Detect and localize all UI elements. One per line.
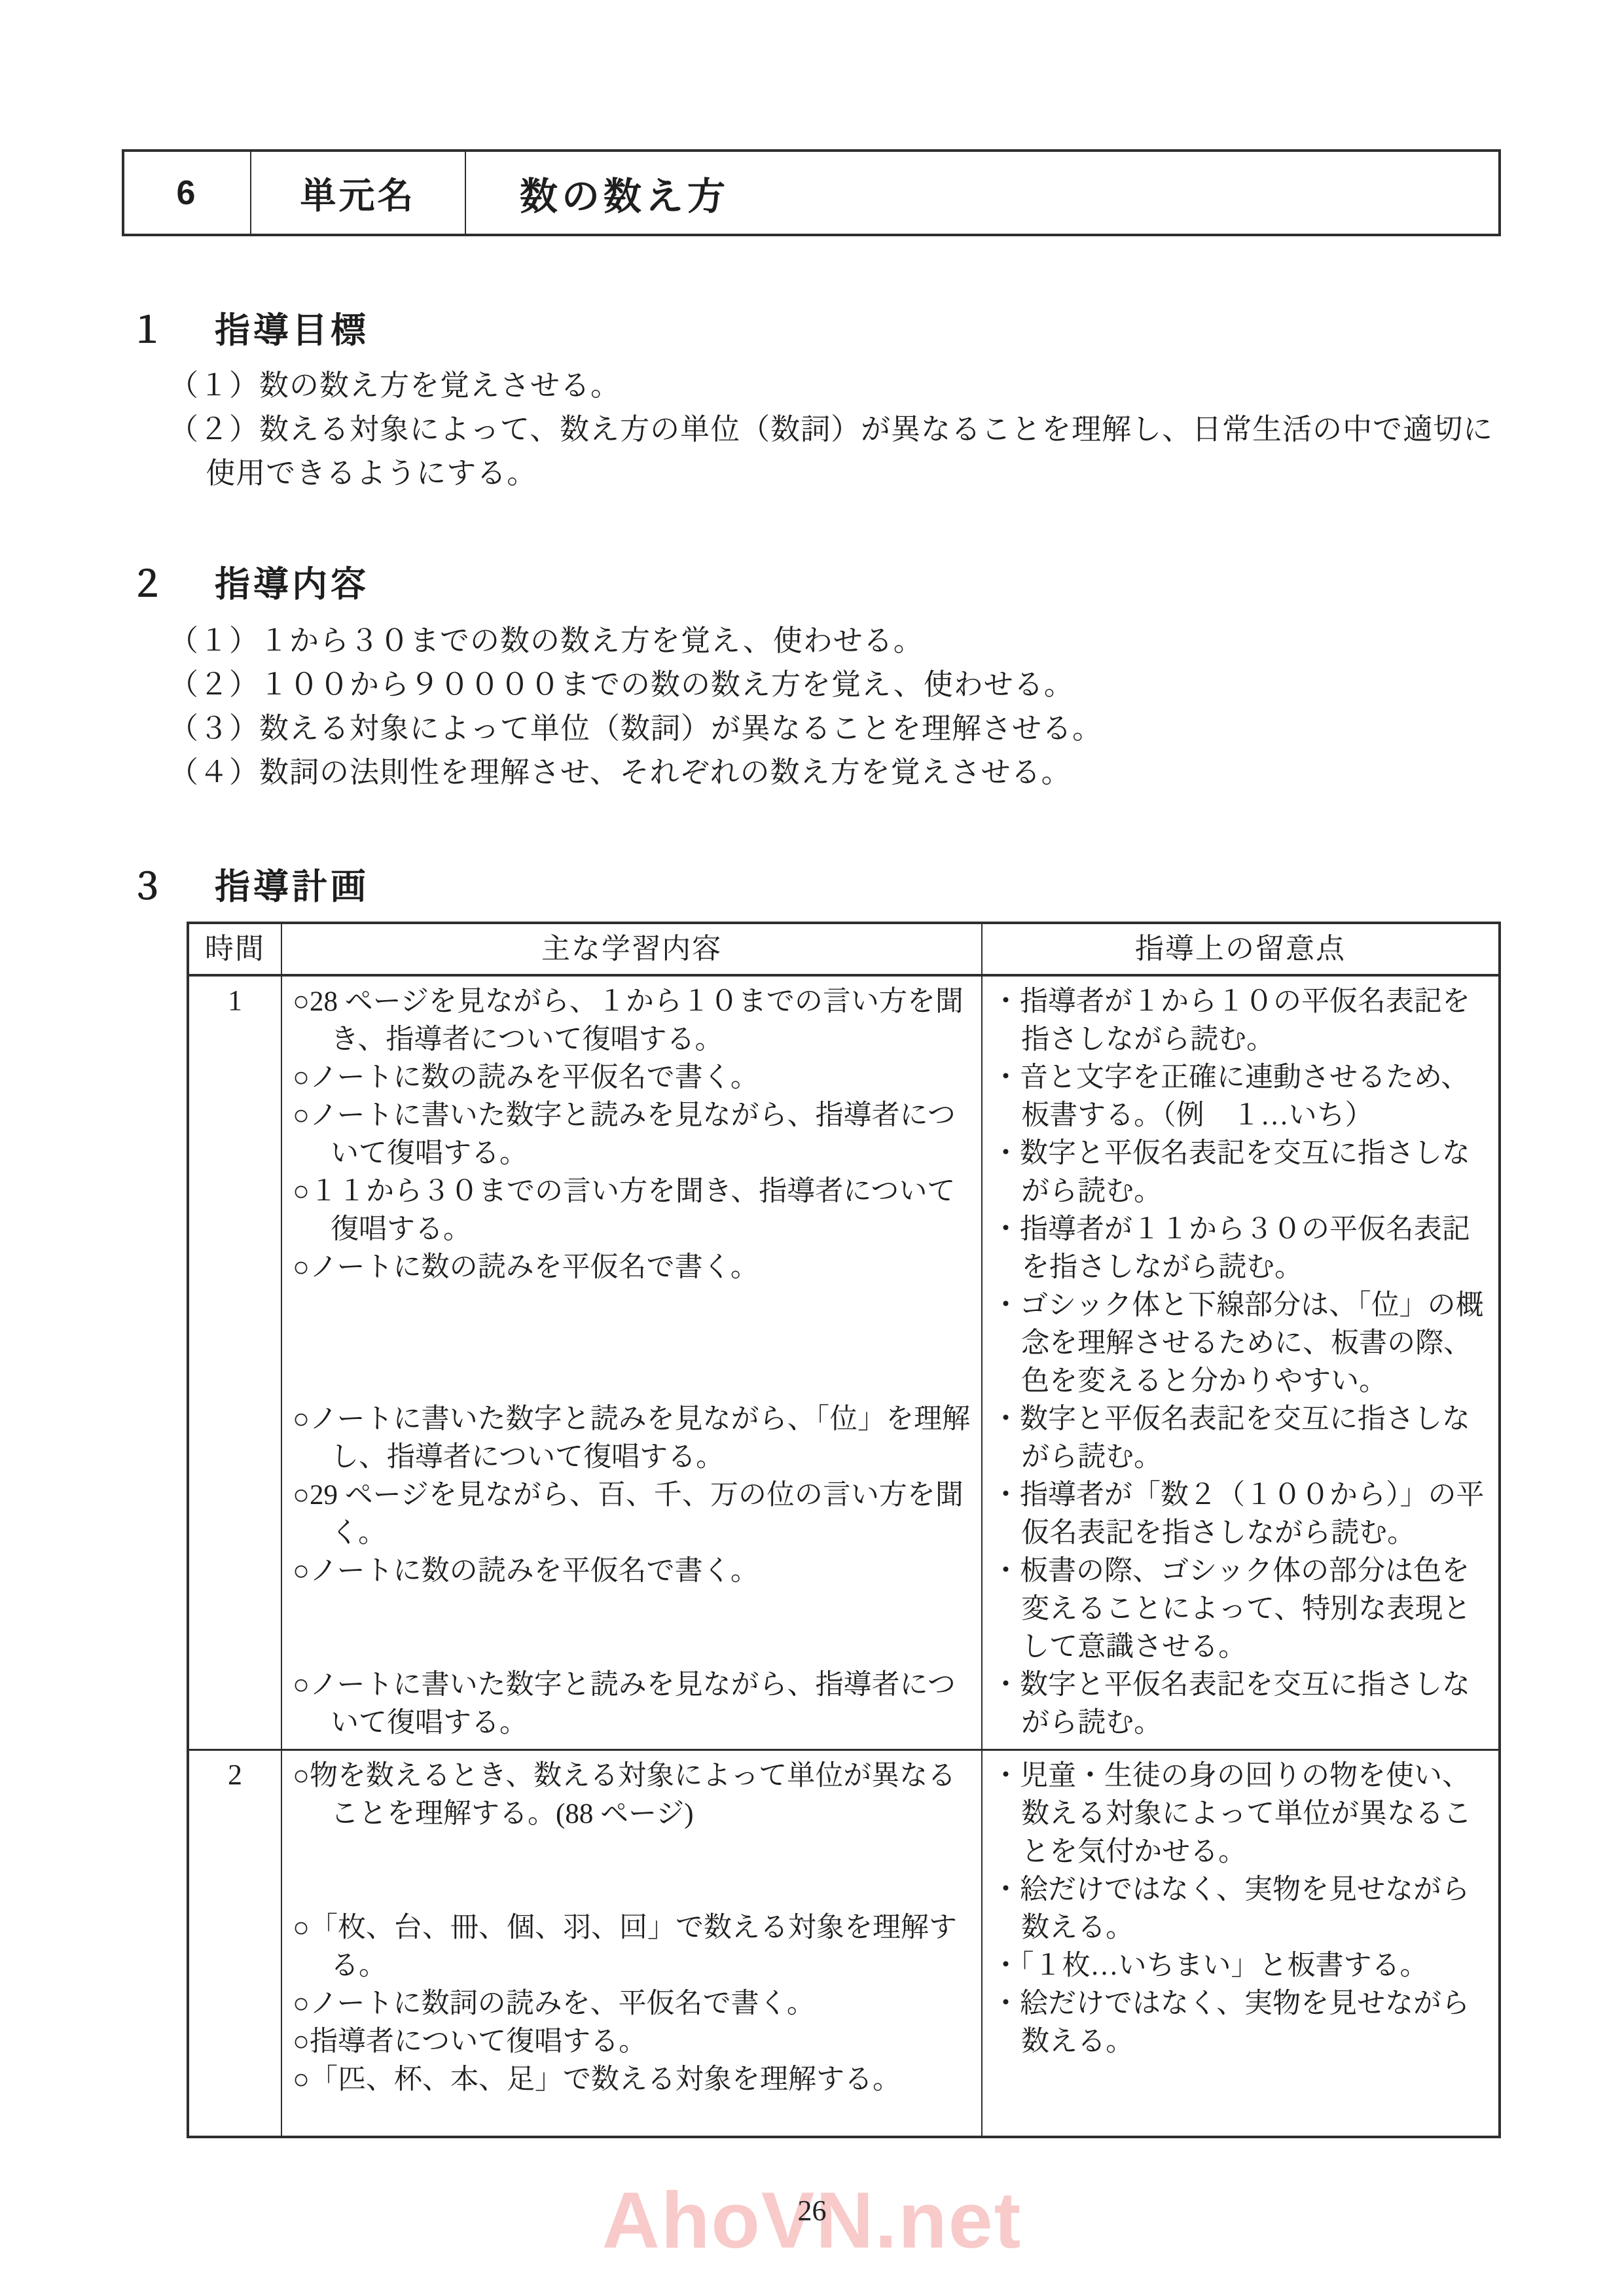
section-title: 指導目標 bbox=[215, 302, 369, 353]
learning-item: ○ノートに書いた数字と読みを見ながら、「位」を理解し、指導者について復唱する。 bbox=[293, 1401, 972, 1477]
learning-item: ○「匹、杯、本、足」で数える対象を理解する。 bbox=[293, 2061, 972, 2099]
goal-item: （１）数の数え方を覚えさせる。 bbox=[169, 364, 1500, 408]
note-item: ・絵だけではなく、実物を見せながら数える。 bbox=[992, 1871, 1492, 1947]
learning-item: ○ノートに数の読みを平仮名で書く。 bbox=[293, 1552, 972, 1590]
unit-label: 単元名 bbox=[251, 152, 466, 234]
note-item: ・数字と平仮名表記を交互に指さしながら読む。 bbox=[992, 1666, 1492, 1742]
note-item: ・音と文字を正確に連動させるため、板書する。（例 １…いち） bbox=[992, 1059, 1492, 1135]
content-item: （４）数詞の法則性を理解させ、それぞれの数え方を覚えさせる。 bbox=[169, 751, 1500, 795]
column-header-learning: 主な学習内容 bbox=[282, 924, 983, 974]
learning-content-cell: ○28 ページを見ながら、１から１０までの言い方を聞き、指導者について復唱する。… bbox=[282, 977, 983, 1749]
table-row: 1 ○28 ページを見ながら、１から１０までの言い方を聞き、指導者について復唱す… bbox=[189, 977, 1498, 1749]
time-cell: 1 bbox=[189, 977, 282, 1749]
unit-title: 数の数え方 bbox=[466, 152, 1498, 234]
section-title: 指導内容 bbox=[215, 556, 369, 607]
content-item: （３）数える対象によって単位（数詞）が異なることを理解させる。 bbox=[169, 707, 1500, 751]
guidance-notes-cell: ・児童・生徒の身の回りの物を使い、数える対象によって単位が異なることを気付かせる… bbox=[983, 1751, 1498, 2136]
section-goals-list: （１）数の数え方を覚えさせる。（２）数える対象によって、数え方の単位（数詞）が異… bbox=[169, 364, 1500, 495]
learning-item: ○物を数えるとき、数える対象によって単位が異なることを理解する。(88 ページ) bbox=[293, 1757, 972, 1833]
table-row: 2 ○物を数えるとき、数える対象によって単位が異なることを理解する。(88 ペー… bbox=[189, 1749, 1498, 2136]
learning-content-cell: ○物を数えるとき、数える対象によって単位が異なることを理解する。(88 ページ)… bbox=[282, 1751, 983, 2136]
note-item: ・指導者が１１から３０の平仮名表記を指さしながら読む。 bbox=[992, 1211, 1492, 1287]
learning-item: ○ノートに数の読みを平仮名で書く。 bbox=[293, 1249, 972, 1287]
note-item: ・指導者が１から１０の平仮名表記を指さしながら読む。 bbox=[992, 983, 1492, 1059]
section-heading-contents: ２ 指導内容 bbox=[130, 556, 369, 607]
page-number: 26 bbox=[0, 2194, 1624, 2227]
learning-item: ○ノートに数詞の読みを、平仮名で書く。 bbox=[293, 1985, 972, 2023]
section-contents-list: （１）１から３０までの数の数え方を覚え、使わせる。（２）１００から９００００まで… bbox=[169, 619, 1500, 795]
note-item: ・「１枚…いちまい」と板書する。 bbox=[992, 1947, 1492, 1985]
section-number: １ bbox=[130, 302, 215, 353]
section-title: 指導計画 bbox=[215, 859, 369, 909]
learning-item: ○ノートに数の読みを平仮名で書く。 bbox=[293, 1059, 972, 1097]
learning-item: ○28 ページを見ながら、１から１０までの言い方を聞き、指導者について復唱する。 bbox=[293, 983, 972, 1059]
section-heading-goals: １ 指導目標 bbox=[130, 302, 369, 353]
note-item: ・指導者が「数２（１００から）」の平仮名表記を指さしながら読む。 bbox=[992, 1477, 1492, 1552]
time-cell: 2 bbox=[189, 1751, 282, 2136]
note-item: ・児童・生徒の身の回りの物を使い、数える対象によって単位が異なることを気付かせる… bbox=[992, 1757, 1492, 1871]
note-item: ・数字と平仮名表記を交互に指さしながら読む。 bbox=[992, 1401, 1492, 1477]
section-number: ３ bbox=[130, 859, 215, 909]
section-heading-plan: ３ 指導計画 bbox=[130, 859, 369, 909]
column-header-notes: 指導上の留意点 bbox=[983, 924, 1498, 974]
learning-item: ○１１から３０までの言い方を聞き、指導者について復唱する。 bbox=[293, 1173, 972, 1249]
note-item: ・絵だけではなく、実物を見せながら数える。 bbox=[992, 1985, 1492, 2061]
unit-header-box: 6 単元名 数の数え方 bbox=[122, 149, 1501, 236]
section-number: ２ bbox=[130, 556, 215, 607]
content-item: （１）１から３０までの数の数え方を覚え、使わせる。 bbox=[169, 619, 1500, 663]
plan-table-header-row: 時間 主な学習内容 指導上の留意点 bbox=[189, 924, 1498, 977]
content-item: （２）１００から９００００までの数の数え方を覚え、使わせる。 bbox=[169, 663, 1500, 707]
learning-item: ○29 ページを見ながら、百、千、万の位の言い方を聞く。 bbox=[293, 1477, 972, 1552]
learning-item: ○ノートに書いた数字と読みを見ながら、指導者について復唱する。 bbox=[293, 1097, 972, 1173]
document-page: { "page": { "number": "26", "watermark":… bbox=[0, 0, 1624, 2296]
column-header-time: 時間 bbox=[189, 924, 282, 974]
learning-item: ○「枚、台、冊、個、羽、回」で数える対象を理解する。 bbox=[293, 1909, 972, 1985]
unit-number: 6 bbox=[124, 152, 251, 234]
note-item: ・ゴシック体と下線部分は、「位」の概念を理解させるために、板書の際、色を変えると… bbox=[992, 1287, 1492, 1401]
goal-item: （２）数える対象によって、数え方の単位（数詞）が異なることを理解し、日常生活の中… bbox=[169, 408, 1500, 495]
note-item: ・数字と平仮名表記を交互に指さしながら読む。 bbox=[992, 1135, 1492, 1211]
guidance-notes-cell: ・指導者が１から１０の平仮名表記を指さしながら読む。・音と文字を正確に連動させる… bbox=[983, 977, 1498, 1749]
note-item: ・板書の際、ゴシック体の部分は色を変えることによって、特別な表現として意識させる… bbox=[992, 1552, 1492, 1666]
learning-item: ○指導者について復唱する。 bbox=[293, 2023, 972, 2061]
learning-item: ○ノートに書いた数字と読みを見ながら、指導者について復唱する。 bbox=[293, 1666, 972, 1742]
lesson-plan-table: 時間 主な学習内容 指導上の留意点 1 ○28 ページを見ながら、１から１０まで… bbox=[187, 922, 1501, 2138]
